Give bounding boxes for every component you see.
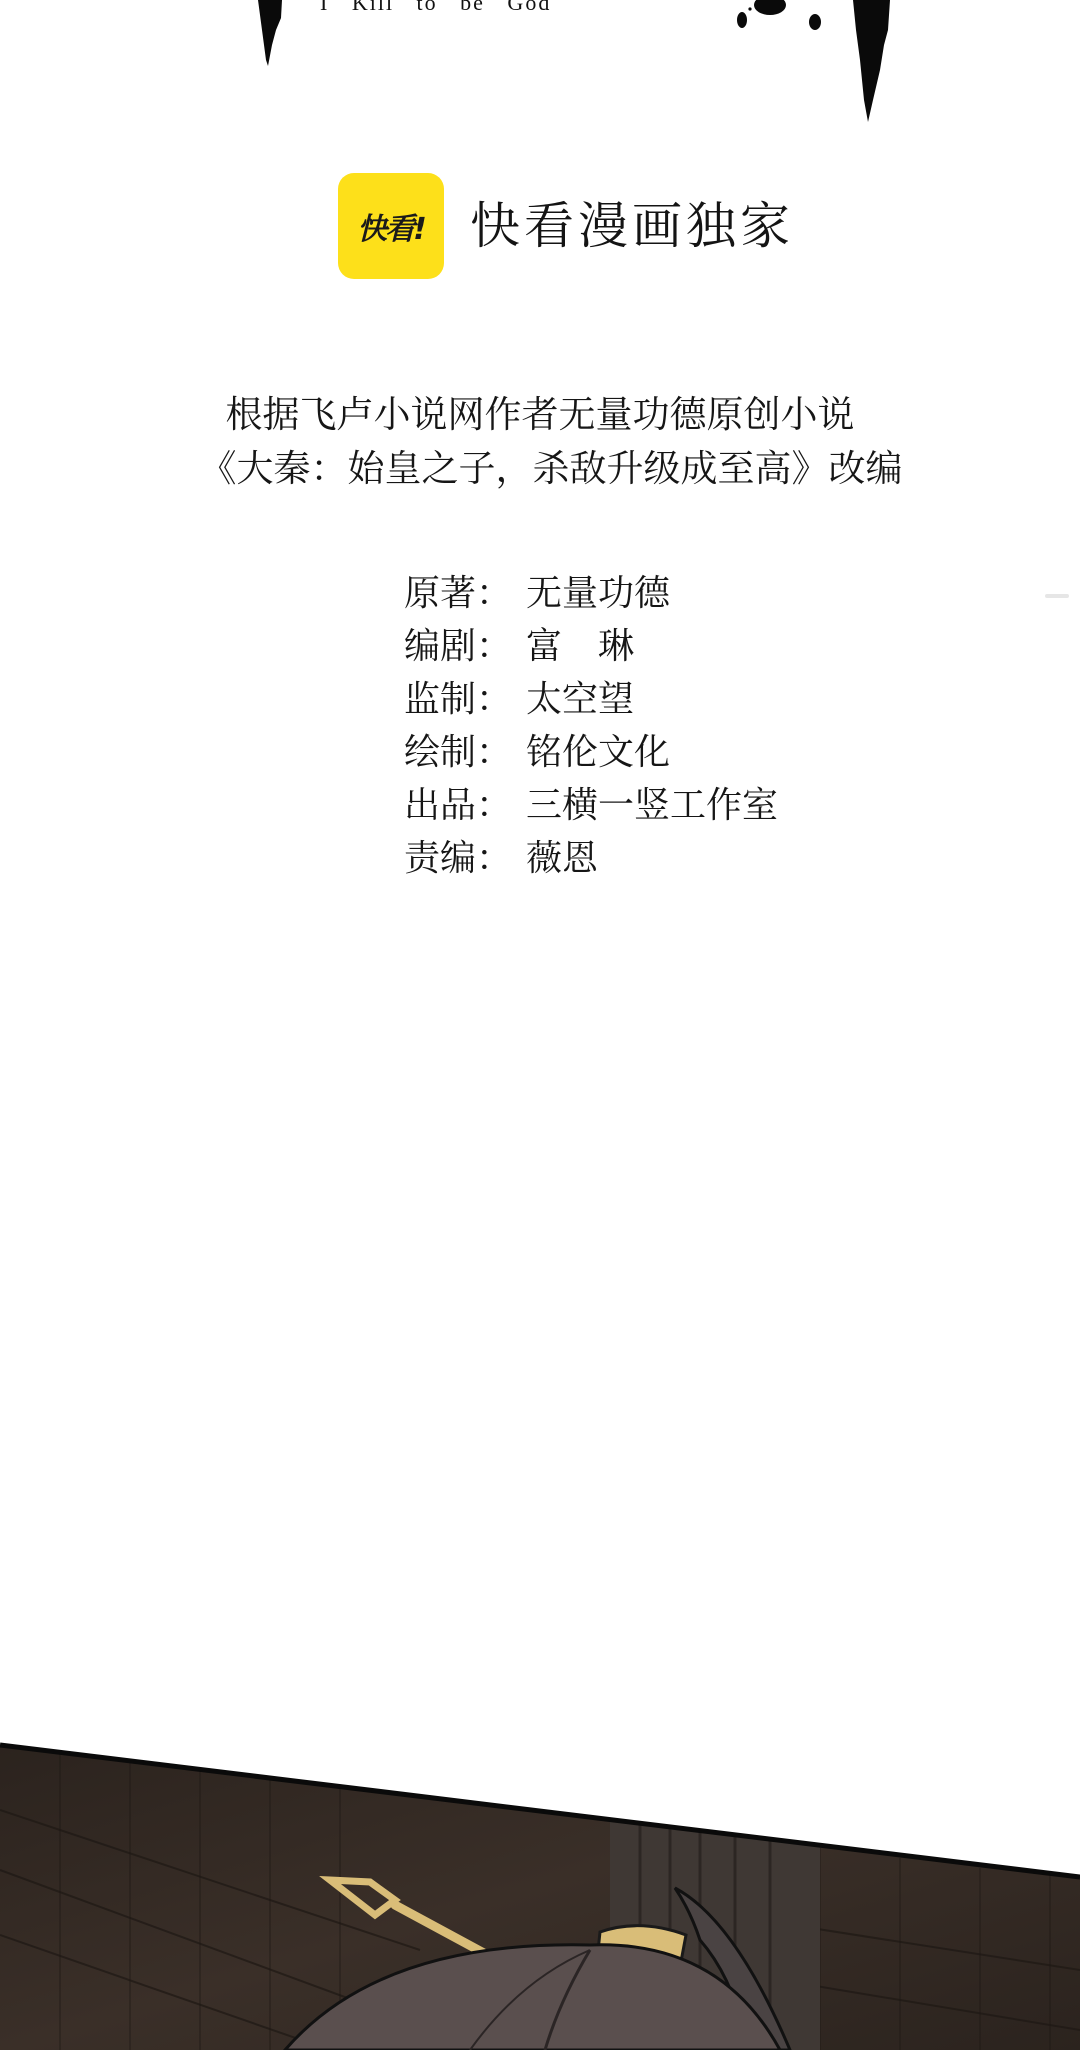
kuaikan-exclusive-logo: 快看! 快看漫画独家	[338, 173, 794, 279]
english-subtitle: I Kill to be God	[320, 0, 720, 16]
adaptation-source: 根据飞卢小说网作者无量功德原创小说 《大秦：始皇之子，杀敌升级成至高》改编	[0, 388, 1080, 496]
credit-label: 责编：	[404, 832, 526, 885]
credit-value: 富 琳	[526, 620, 634, 673]
credit-value: 铭伦文化	[526, 726, 670, 779]
credit-supervisor: 监制： 太空望	[404, 673, 778, 726]
ink-drip-decoration	[0, 0, 1080, 130]
credit-artist: 绘制： 铭伦文化	[404, 726, 778, 779]
kuaikan-app-icon: 快看!	[338, 173, 444, 279]
credit-value: 太空望	[526, 673, 634, 726]
exclusive-label: 快看漫画独家	[470, 201, 794, 251]
source-line-2: 《大秦：始皇之子，杀敌升级成至高》改编	[22, 442, 1080, 496]
credit-editor: 责编： 薇恩	[404, 832, 778, 885]
credit-label: 监制：	[404, 673, 526, 726]
credit-producer: 出品： 三横一竖工作室	[404, 779, 778, 832]
faint-mark	[1045, 594, 1069, 598]
credit-label: 编剧：	[404, 620, 526, 673]
credit-label: 原著：	[404, 567, 526, 620]
credit-value: 三横一竖工作室	[526, 779, 778, 832]
credit-value: 薇恩	[526, 832, 598, 885]
source-line-1: 根据飞卢小说网作者无量功德原创小说	[0, 388, 1080, 442]
title-art-remnant: I Kill to be God	[0, 0, 1080, 130]
credit-label: 绘制：	[404, 726, 526, 779]
credits-list: 原著： 无量功德 编剧： 富 琳 监制： 太空望 绘制： 铭伦文化 出品： 三横…	[404, 567, 778, 885]
comic-panel	[0, 1720, 1080, 2050]
credit-original-author: 原著： 无量功德	[404, 567, 778, 620]
credit-label: 出品：	[404, 779, 526, 832]
comic-panel-art	[0, 1720, 1080, 2050]
credit-screenwriter: 编剧： 富 琳	[404, 620, 778, 673]
credit-value: 无量功德	[526, 567, 670, 620]
